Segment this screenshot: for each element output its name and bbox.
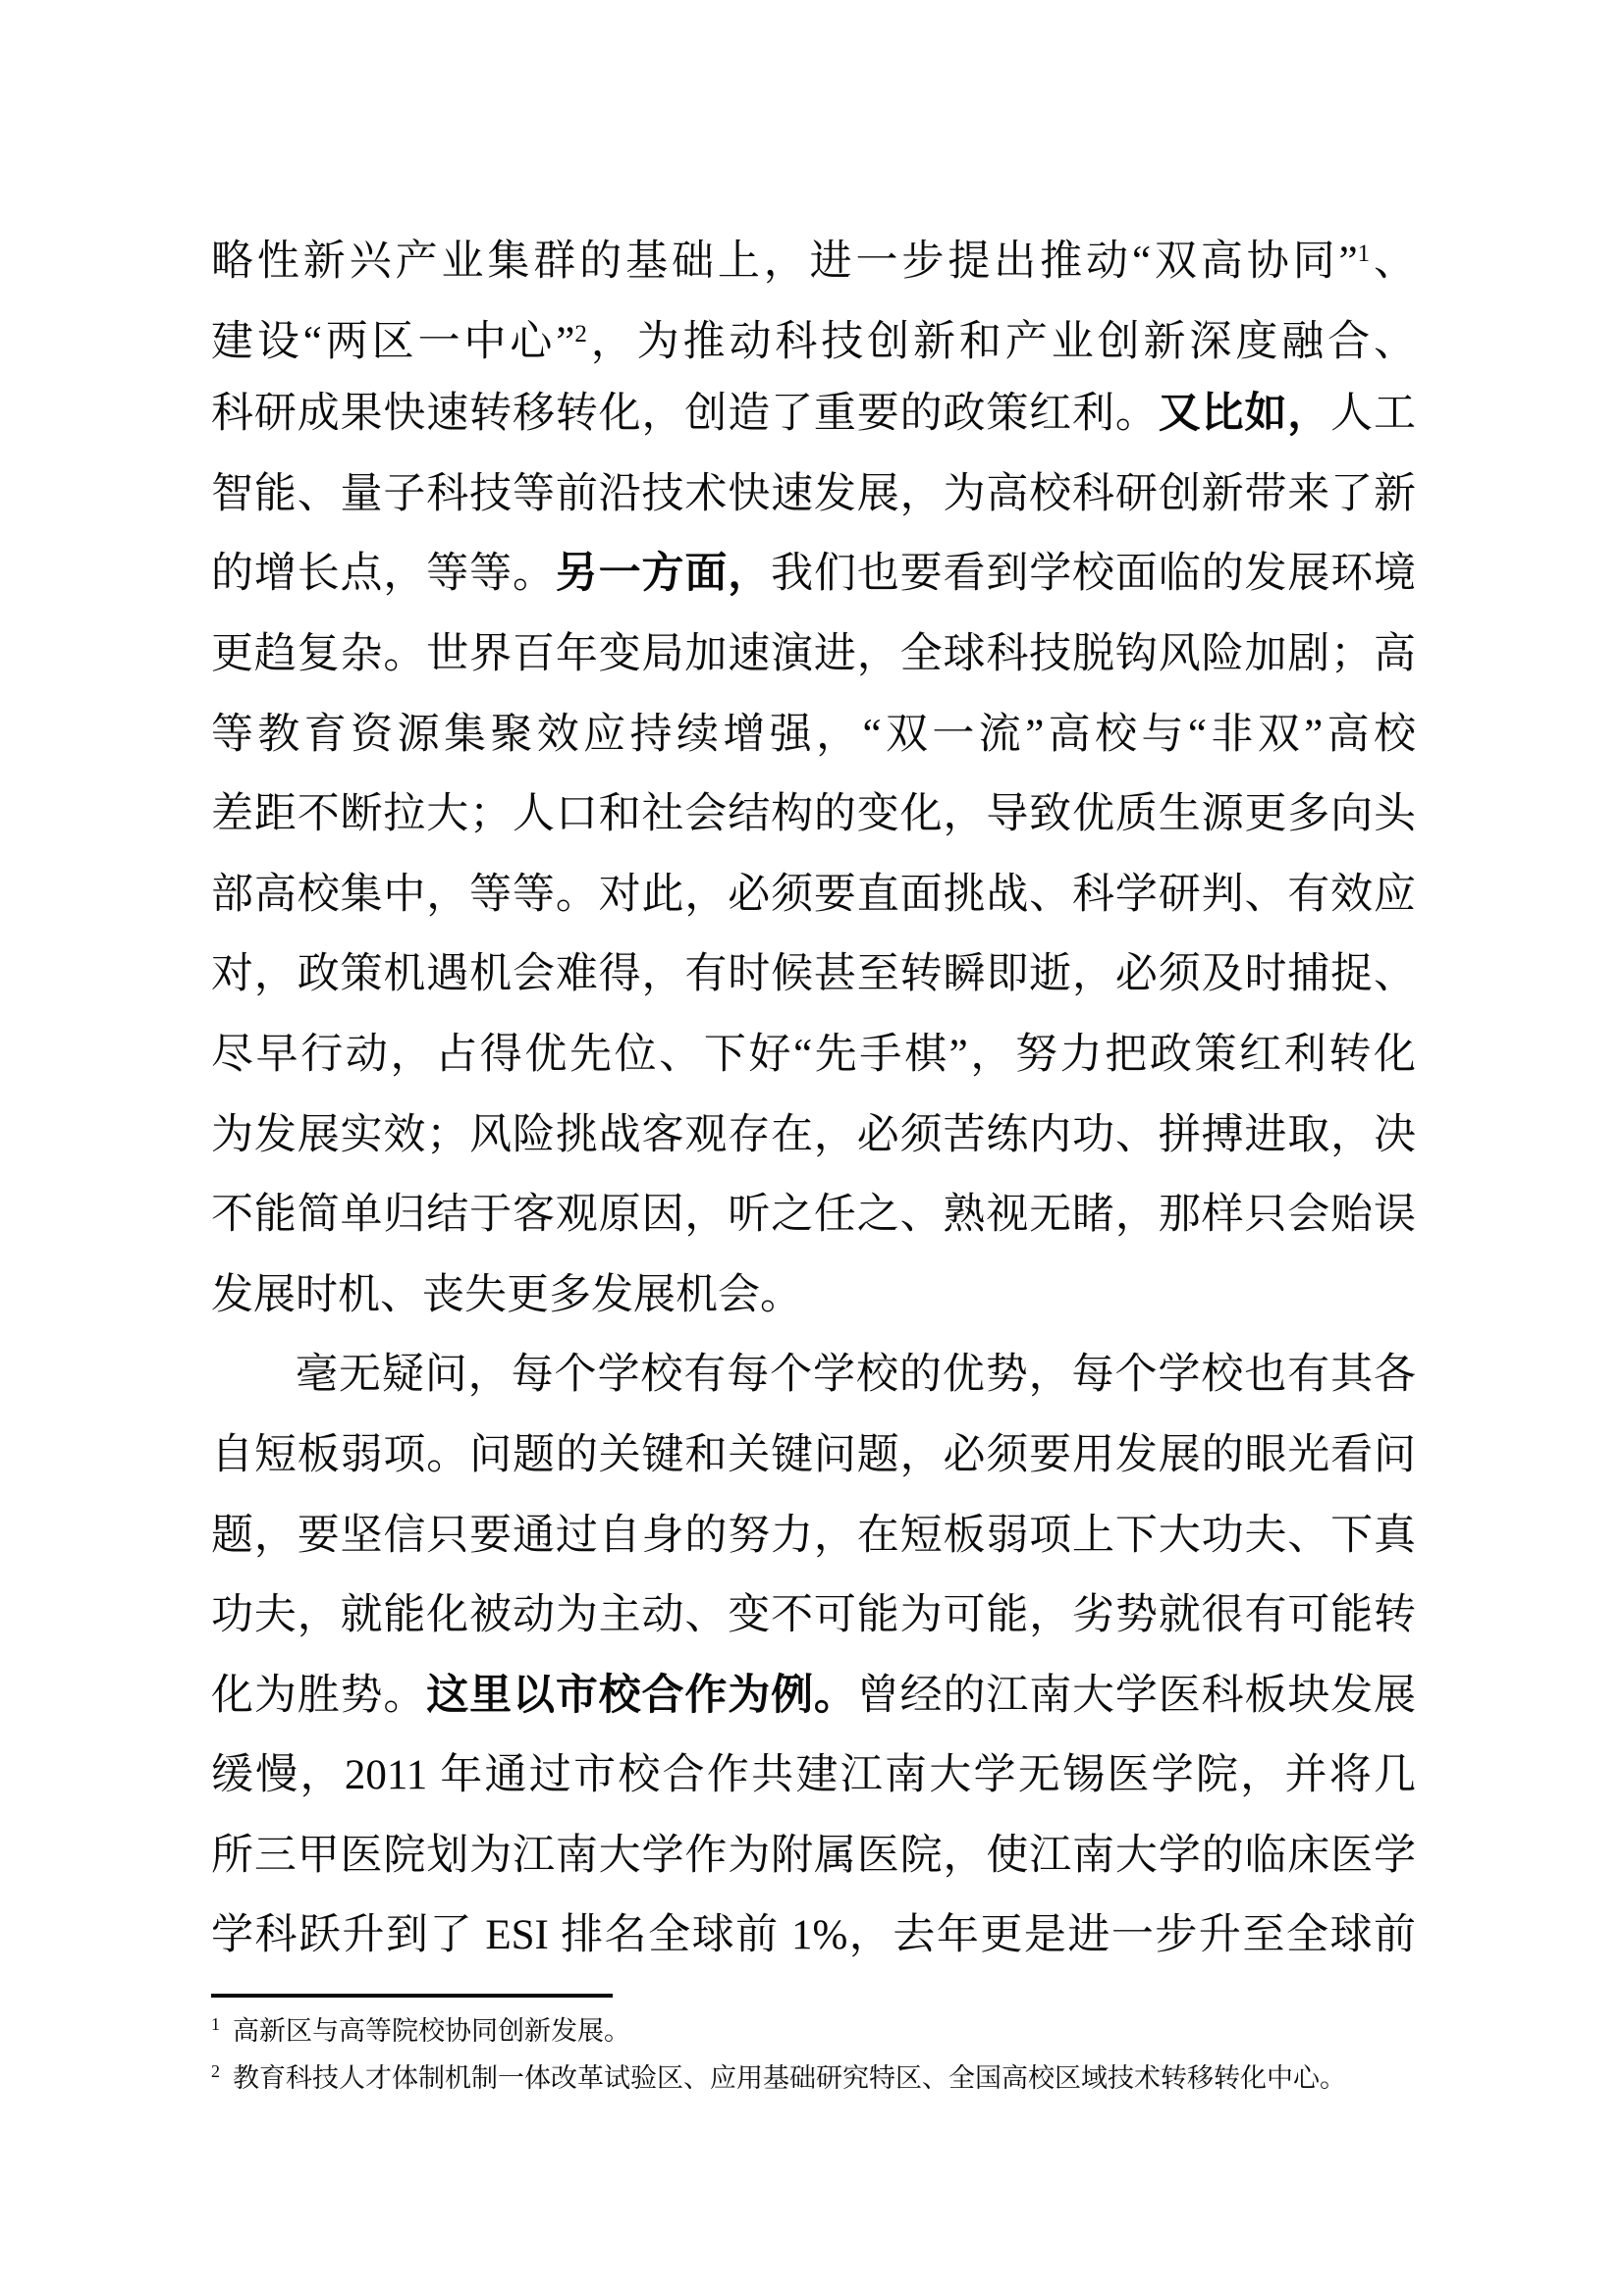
emphasis-run: 这里以市校合作为例。 xyxy=(426,1672,857,1719)
footnote-ref: 2 xyxy=(574,321,587,347)
text-run: 曾经的江南大学医科板块发展 xyxy=(857,1673,1416,1719)
text-line: 发展时机、丧失更多发展机会。 xyxy=(211,1255,1416,1336)
text-line: 对，政策机遇机会难得，有时候甚至转瞬即逝，必须及时捕捉、 xyxy=(211,934,1416,1015)
text-line: 化为胜势。这里以市校合作为例。曾经的江南大学医科板块发展 xyxy=(211,1656,1416,1736)
text-line: 缓慢，2011 年通过市校合作共建江南大学无锡医学院，并将几 xyxy=(211,1735,1416,1816)
text-run: 学科跃升到了 ESI 排名全球前 1%，去年更是进一步升至全球前 xyxy=(211,1912,1416,1958)
text-line: 科研成果快速转移转化，创造了重要的政策红利。又比如，人工 xyxy=(211,374,1416,454)
text-line: 部高校集中，等等。对此，必须要直面挑战、科学研判、有效应 xyxy=(211,855,1416,935)
text-line: 尽早行动，占得优先位、下好“先手棋”，努力把政策红利转化 xyxy=(211,1015,1416,1095)
footnote-text: 教育科技人才体制机制一体改革试验区、应用基础研究特区、全国高校区域技术转移转化中… xyxy=(233,2063,1346,2093)
text-line: 自短板弱项。问题的关键和关键问题，必须要用发展的眼光看问 xyxy=(211,1415,1416,1496)
text-run: 功夫，就能化被动为主动、变不可能为可能，劣势就很有可能转 xyxy=(211,1592,1416,1638)
emphasis-run: 又比如， xyxy=(1159,390,1330,437)
text-line: 略性新兴产业集群的基础上，进一步提出推动“双高协同”1、 xyxy=(211,214,1416,294)
text-run: 等教育资源集聚效应持续增强，“双一流”高校与“非双”高校 xyxy=(211,712,1416,758)
text-run: 毫无疑问，每个学校有每个学校的优势，每个学校也有其各 xyxy=(296,1352,1416,1398)
footnotes: 1高新区与高等院校协同创新发展。2教育科技人才体制机制一体改革试验区、应用基础研… xyxy=(211,2004,1434,2098)
text-run: 为发展实效；风险挑战客观存在，必须苦练内功、拼搏进取，决 xyxy=(211,1112,1416,1158)
text-run: 、 xyxy=(1370,239,1416,285)
text-run: 部高校集中，等等。对此，必须要直面挑战、科学研判、有效应 xyxy=(211,872,1416,918)
text-run: 缓慢，2011 年通过市校合作共建江南大学无锡医学院，并将几 xyxy=(211,1752,1416,1798)
document-page: 略性新兴产业集群的基础上，进一步提出推动“双高协同”1、建设“两区一中心”2，为… xyxy=(0,0,1624,2296)
footnote-text: 高新区与高等院校协同创新发展。 xyxy=(233,2016,630,2046)
text-line: 不能简单归结于客观原因，听之任之、熟视无睹，那样只会贻误 xyxy=(211,1175,1416,1255)
text-run: 对，政策机遇机会难得，有时候甚至转瞬即逝，必须及时捕捉、 xyxy=(211,951,1416,997)
text-run: 发展时机、丧失更多发展机会。 xyxy=(211,1272,802,1318)
text-line: 建设“两区一中心”2，为推动科技创新和产业创新深度融合、 xyxy=(211,294,1416,375)
text-line: 为发展实效；风险挑战客观存在，必须苦练内功、拼搏进取，决 xyxy=(211,1095,1416,1176)
footnote-ref: 1 xyxy=(1358,240,1371,267)
text-run: 差距不断拉大；人口和社会结构的变化，导致优质生源更多向头 xyxy=(211,791,1416,837)
text-run: 的增长点，等等。 xyxy=(211,551,556,597)
text-run: 所三甲医院划为江南大学作为附属医院，使江南大学的临床医学 xyxy=(211,1833,1416,1879)
text-line: 等教育资源集聚效应持续增强，“双一流”高校与“非双”高校 xyxy=(211,695,1416,775)
text-run: 人工 xyxy=(1330,391,1416,437)
footnote-marker: 1 xyxy=(211,2014,220,2034)
footnote-separator xyxy=(211,1994,613,1998)
text-run: 建设“两区一中心” xyxy=(211,319,574,365)
text-line: 更趋复杂。世界百年变局加速演进，全球科技脱钩风险加剧；高 xyxy=(211,614,1416,695)
text-line: 题，要坚信只要通过自身的努力，在短板弱项上下大功夫、下真 xyxy=(211,1496,1416,1576)
text-line: 的增长点，等等。另一方面，我们也要看到学校面临的发展环境 xyxy=(211,534,1416,614)
text-line: 功夫，就能化被动为主动、变不可能为可能，劣势就很有可能转 xyxy=(211,1575,1416,1656)
text-run: 我们也要看到学校面临的发展环境 xyxy=(771,551,1416,597)
text-run: 科研成果快速转移转化，创造了重要的政策红利。 xyxy=(211,391,1159,437)
text-run: 智能、量子科技等前沿技术快速发展，为高校科研创新带来了新 xyxy=(211,471,1416,517)
text-run: 尽早行动，占得优先位、下好“先手棋”，努力把政策红利转化 xyxy=(211,1032,1416,1078)
footnote-item: 1高新区与高等院校协同创新发展。 xyxy=(211,2004,1434,2052)
text-run: 题，要坚信只要通过自身的努力，在短板弱项上下大功夫、下真 xyxy=(211,1513,1416,1559)
footnote-marker: 2 xyxy=(211,2061,220,2081)
text-run: 略性新兴产业集群的基础上，进一步提出推动“双高协同” xyxy=(211,239,1358,285)
text-run: 自短板弱项。问题的关键和关键问题，必须要用发展的眼光看问 xyxy=(211,1432,1416,1478)
text-run: 化为胜势。 xyxy=(211,1673,426,1719)
emphasis-run: 另一方面， xyxy=(556,550,771,597)
text-line: 学科跃升到了 ESI 排名全球前 1%，去年更是进一步升至全球前 xyxy=(211,1896,1416,1976)
text-line: 差距不断拉大；人口和社会结构的变化，导致优质生源更多向头 xyxy=(211,774,1416,855)
footnote-item: 2教育科技人才体制机制一体改革试验区、应用基础研究特区、全国高校区域技术转移转化… xyxy=(211,2052,1434,2099)
text-run: 更趋复杂。世界百年变局加速演进，全球科技脱钩风险加剧；高 xyxy=(211,631,1416,677)
text-line: 智能、量子科技等前沿技术快速发展，为高校科研创新带来了新 xyxy=(211,454,1416,535)
text-run: ，为推动科技创新和产业创新深度融合、 xyxy=(587,319,1416,365)
document-body: 略性新兴产业集群的基础上，进一步提出推动“双高协同”1、建设“两区一中心”2，为… xyxy=(211,214,1416,1976)
text-run: 不能简单归结于客观原因，听之任之、熟视无睹，那样只会贻误 xyxy=(211,1192,1416,1238)
text-line: 所三甲医院划为江南大学作为附属医院，使江南大学的临床医学 xyxy=(211,1816,1416,1896)
text-line: 毫无疑问，每个学校有每个学校的优势，每个学校也有其各 xyxy=(211,1335,1416,1415)
